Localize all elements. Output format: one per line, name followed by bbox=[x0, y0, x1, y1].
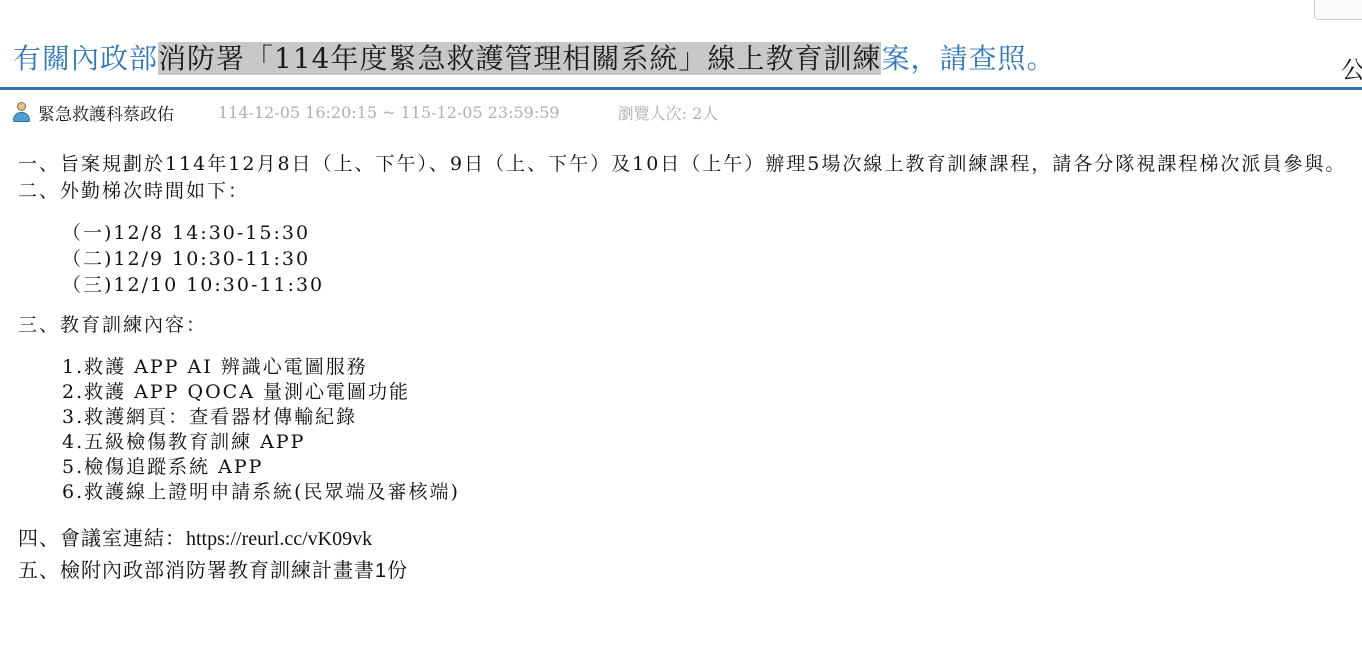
body-item-5: 五、檢附內政部消防署教育訓練計畫書1份 bbox=[18, 555, 1362, 587]
bottom-items: 四、會議室連結：https://reurl.cc/vK09vk 五、檢附內政部消… bbox=[18, 523, 1362, 587]
content-item: 2.救護 APP QOCA 量測心電圖功能 bbox=[62, 380, 1362, 405]
corner-label: 公 bbox=[1341, 50, 1362, 85]
schedule-item: （三)12/10 10:30-11:30 bbox=[62, 272, 1362, 298]
schedule-item: （一)12/8 14:30-15:30 bbox=[62, 220, 1362, 246]
meeting-link-url: https://reurl.cc/vK09vk bbox=[186, 528, 372, 550]
content-item: 4.五級檢傷教育訓練 APP bbox=[62, 430, 1362, 455]
content-item: 5.檢傷追蹤系統 APP bbox=[62, 455, 1362, 480]
top-right-button-fragment[interactable] bbox=[1314, 0, 1362, 20]
schedule-list: （一)12/8 14:30-15:30 （二)12/9 10:30-11:30 … bbox=[62, 220, 1362, 298]
content-item: 6.救護線上證明申請系統(民眾端及審核端) bbox=[62, 480, 1362, 505]
content-item: 3.救護網頁：查看器材傳輸紀錄 bbox=[62, 405, 1362, 430]
training-content-list: 1.救護 APP AI 辨識心電圖服務 2.救護 APP QOCA 量測心電圖功… bbox=[62, 355, 1362, 505]
page-title: 有關內政部消防署「114年度緊急救護管理相關系統」線上教育訓練案，請查照。 bbox=[0, 0, 1362, 78]
content-item: 1.救護 APP AI 辨識心電圖服務 bbox=[62, 355, 1362, 380]
author-name: 緊急救護科蔡政佑 bbox=[38, 100, 174, 125]
title-prefix: 有關內政部 bbox=[13, 42, 158, 75]
view-count: 瀏覽人次: 2人 bbox=[618, 101, 719, 124]
title-suffix: 案，請查照。 bbox=[881, 42, 1055, 75]
title-selected-text: 消防署「114年度緊急救護管理相關系統」線上教育訓練 bbox=[158, 42, 881, 75]
schedule-item: （二)12/9 10:30-11:30 bbox=[62, 246, 1362, 272]
meeting-link-label: 四、會議室連結： bbox=[18, 528, 186, 550]
body-item-1: 一、旨案規劃於114年12月8日（上、下午）、9日（上、下午）及10日（上午）辦… bbox=[18, 151, 1362, 178]
body-item-3: 三、教育訓練內容： bbox=[18, 312, 1362, 339]
announcement-body: 一、旨案規劃於114年12月8日（上、下午）、9日（上、下午）及10日（上午）辦… bbox=[0, 125, 1362, 587]
body-item-2: 二、外勤梯次時間如下： bbox=[18, 178, 1362, 205]
announcement-page: 公 有關內政部消防署「114年度緊急救護管理相關系統」線上教育訓練案，請查照。 … bbox=[0, 0, 1362, 663]
author-avatar-icon bbox=[12, 102, 31, 122]
body-item-4: 四、會議室連結：https://reurl.cc/vK09vk bbox=[18, 523, 1362, 555]
meta-row: 緊急救護科蔡政佑 114-12-05 16:20:15 ~ 115-12-05 … bbox=[0, 90, 1362, 125]
publish-period: 114-12-05 16:20:15 ~ 115-12-05 23:59:59 bbox=[218, 103, 560, 122]
